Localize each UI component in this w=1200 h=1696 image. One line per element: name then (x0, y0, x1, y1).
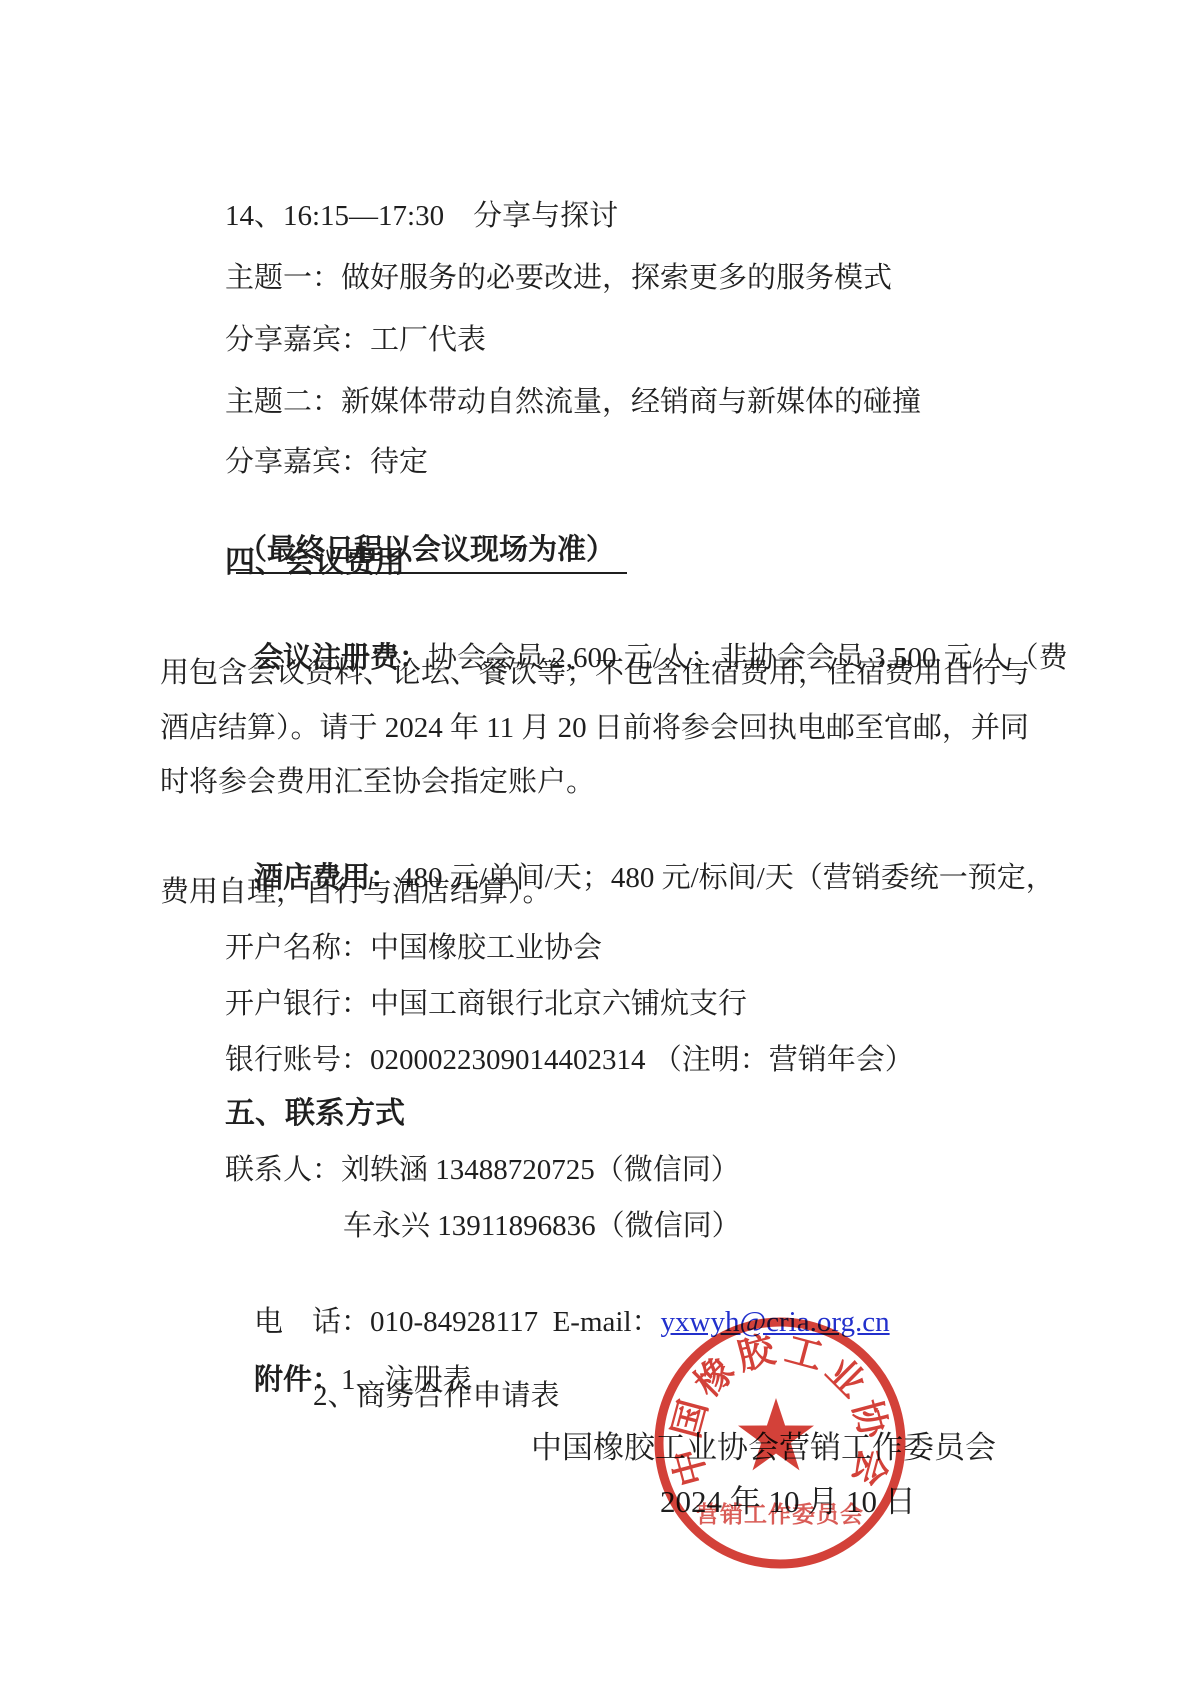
seal-ring-char: 国 (666, 1396, 716, 1443)
agenda-topic-1: 主题一：做好服务的必要改进，探索更多的服务模式 (225, 258, 892, 298)
seal-ring-char: 协 (844, 1396, 895, 1445)
document-page: 14、16:15—17:30 分享与探讨 主题一：做好服务的必要改进，探索更多的… (0, 0, 1200, 1696)
agenda-topic-2: 主题二：新媒体带动自然流量，经销商与新媒体的碰撞 (225, 382, 921, 422)
contact-person-1: 联系人：刘轶涵 13488720725（微信同） (225, 1150, 740, 1190)
bank-name: 开户银行：中国工商银行北京六铺炕支行 (225, 984, 747, 1024)
section-heading-contact: 五、联系方式 (225, 1094, 405, 1134)
section-heading-fees: 四、会议费用 (225, 543, 405, 583)
seal-svg: 营销工作委员会 中国橡胶工业协会 (645, 1308, 915, 1578)
hotel-fee-line2: 费用自理，自行与酒店结算）。 (160, 872, 552, 912)
bank-account-name: 开户名称：中国橡胶工业协会 (225, 928, 602, 968)
agenda-guest-1: 分享嘉宾：工厂代表 (225, 320, 486, 360)
bank-account-number: 银行账号：0200022309014402314 （注明：营销年会） (225, 1040, 914, 1080)
seal-ring-char: 会 (844, 1444, 894, 1491)
registration-fee-line4: 时将参会费用汇至协会指定账户。 (160, 762, 595, 802)
seal-ring-char: 中 (666, 1444, 716, 1491)
seal-bottom-text: 营销工作委员会 (696, 1501, 864, 1527)
registration-fee-line2: 用包含会议资料、论坛、餐饮等；不包含住宿费用，住宿费用自行与 (160, 653, 1030, 693)
seal-ring-char: 工 (781, 1330, 827, 1379)
attachment-2: 2、商务合作申请表 (313, 1376, 560, 1416)
registration-fee-line3: 酒店结算）。请于 2024 年 11 月 20 日前将参会回执电邮至官邮，并同 (160, 708, 1029, 748)
seal-star-icon (738, 1398, 814, 1470)
seal-ring-char: 胶 (733, 1328, 781, 1378)
agenda-guest-2: 分享嘉宾：待定 (225, 442, 428, 482)
agenda-item-14: 14、16:15—17:30 分享与探讨 (225, 196, 618, 236)
official-seal: 营销工作委员会 中国橡胶工业协会 (645, 1308, 915, 1578)
contact-person-2: 车永兴 13911896836（微信同） (343, 1206, 741, 1246)
